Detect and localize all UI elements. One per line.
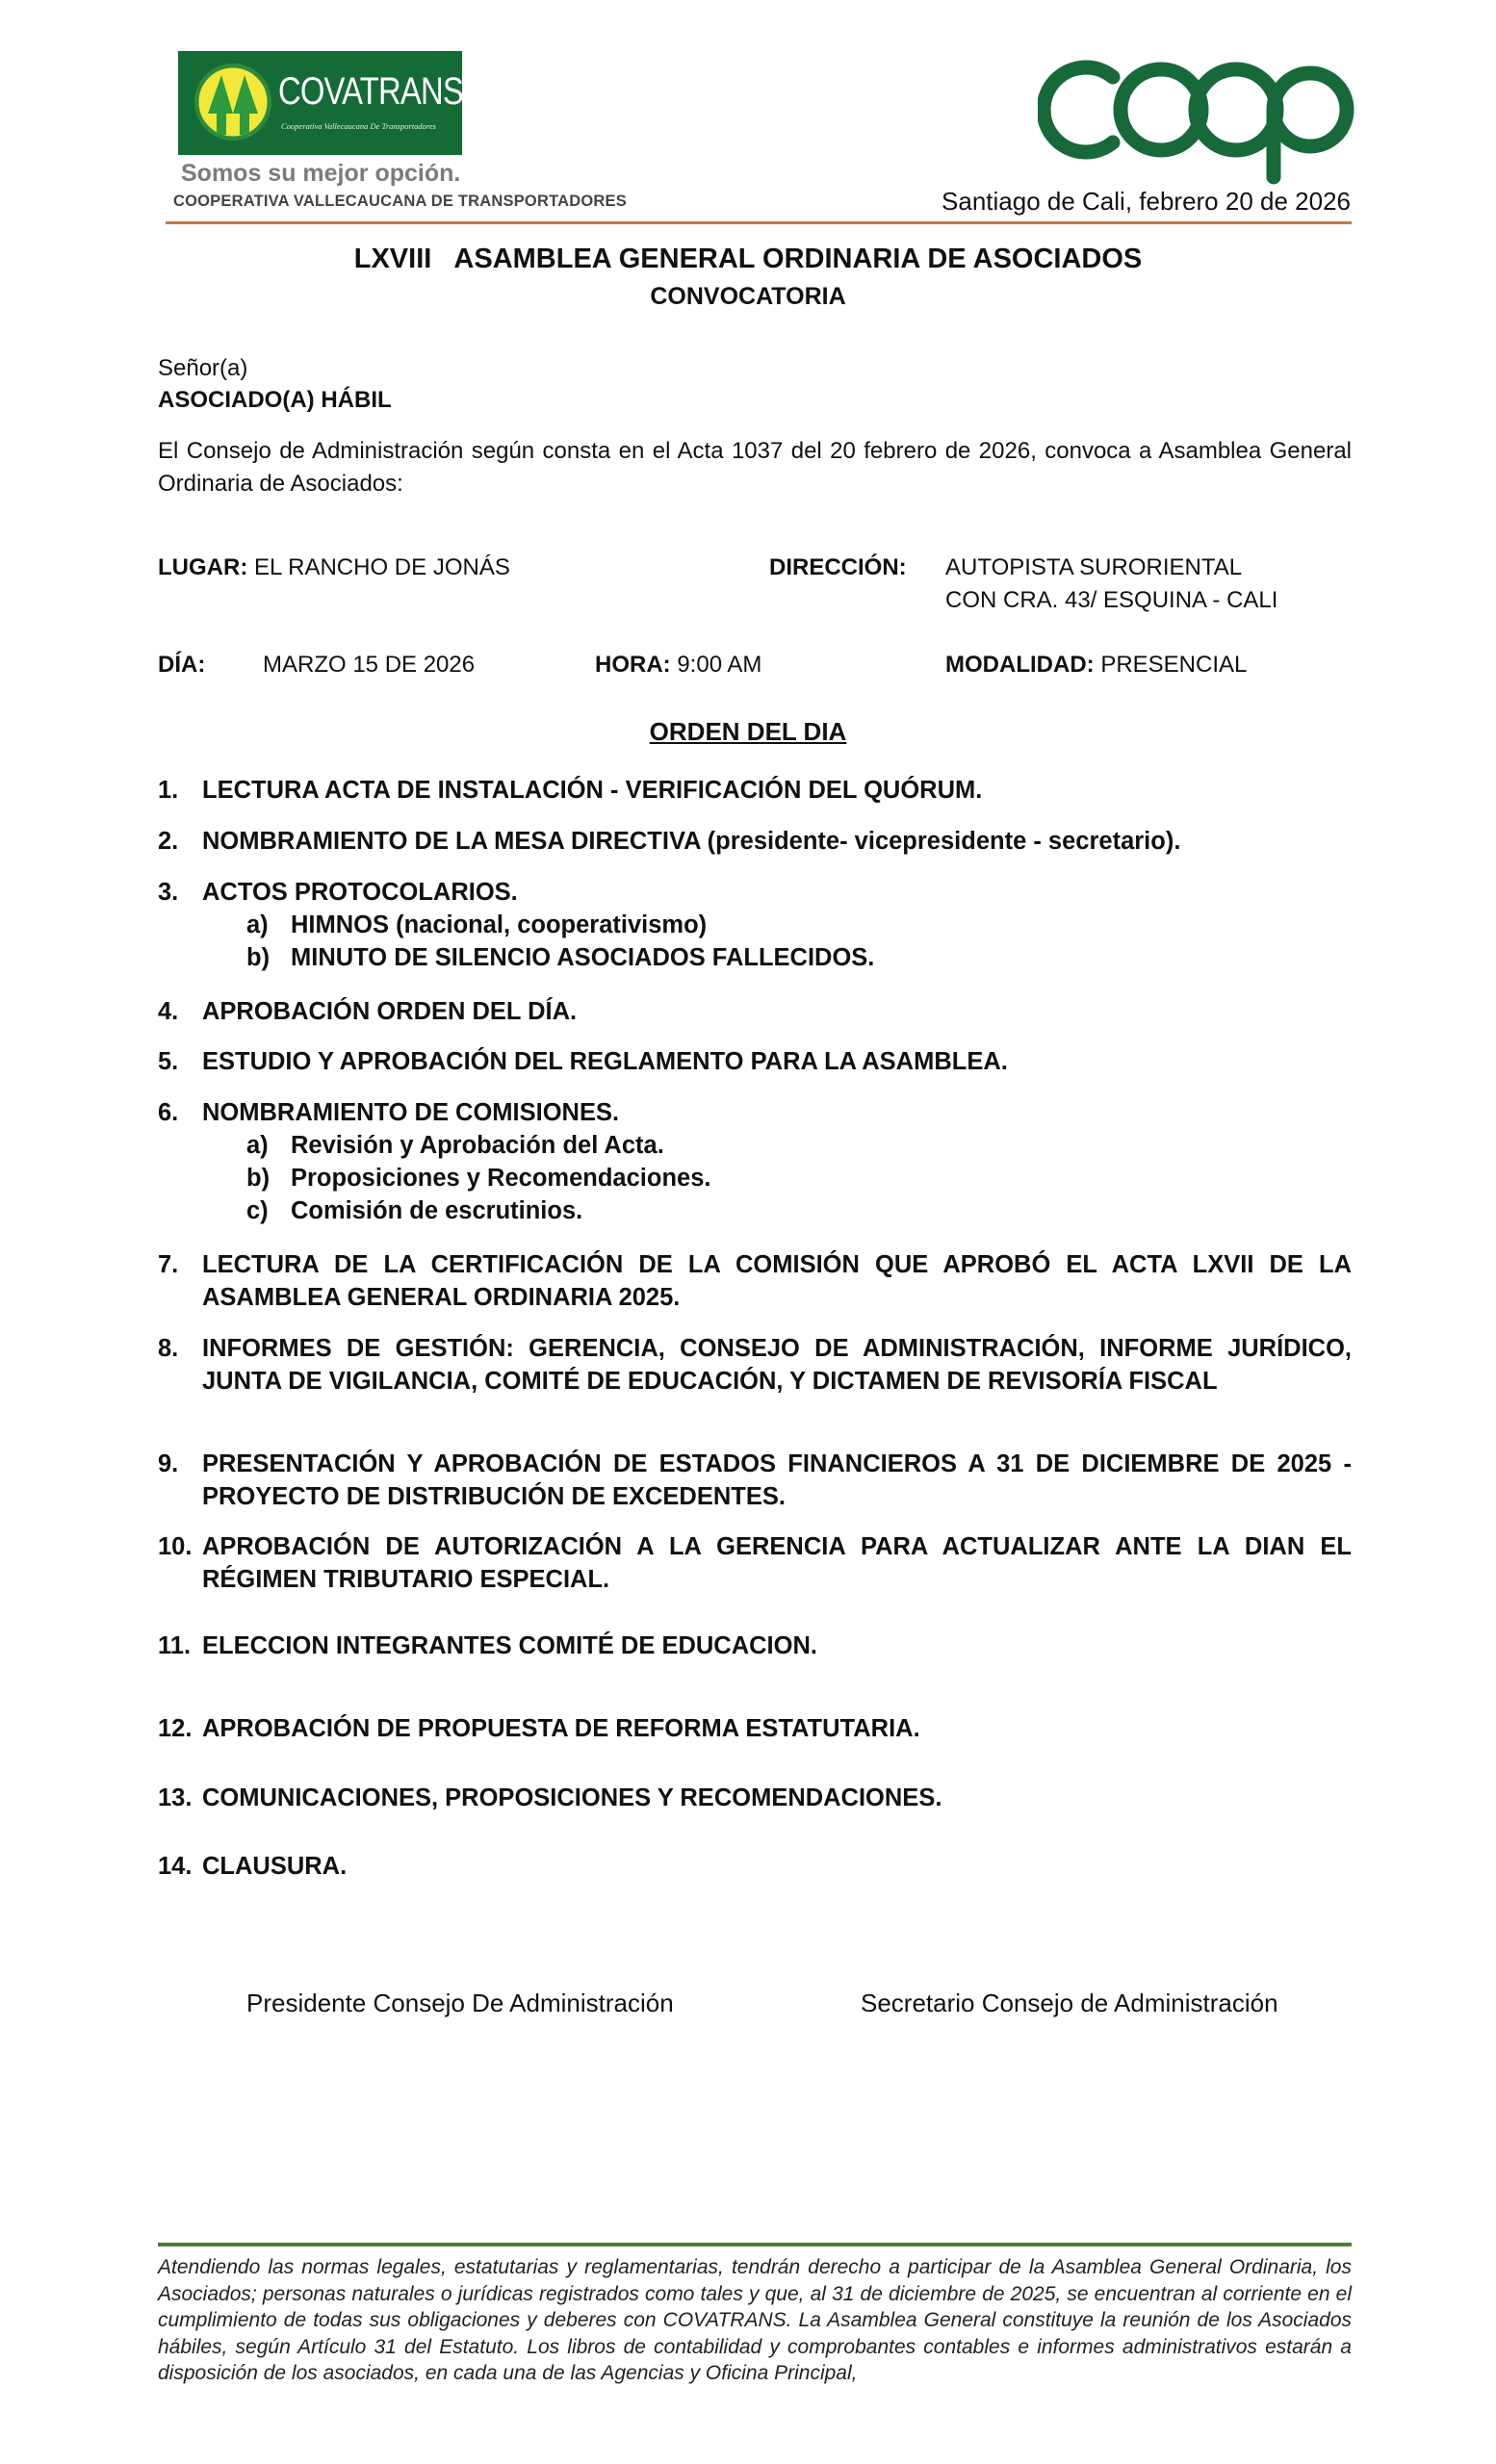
day-value: MARZO 15 DE 2026 xyxy=(263,649,475,681)
agenda-item: 9. PRESENTACIÓN Y APROBACIÓN DE ESTADOS … xyxy=(158,1448,1352,1513)
agenda-item: 5. ESTUDIO Y APROBACIÓN DEL REGLAMENTO P… xyxy=(158,1045,1352,1078)
day-label: DÍA: xyxy=(158,649,205,681)
document-subtitle: CONVOCATORIA xyxy=(0,283,1496,311)
agenda-item: 6. NOMBRAMIENTO DE COMISIONES. a)Revisió… xyxy=(158,1096,1352,1227)
place-label: LUGAR: xyxy=(158,554,247,580)
time-field: HORA: 9:00 AM xyxy=(595,649,761,681)
mode-label: MODALIDAD: xyxy=(945,652,1095,678)
salutation: Señor(a) xyxy=(158,352,247,385)
agenda-subitem: c)Comisión de escrutinios. xyxy=(246,1194,1352,1227)
place-date: Santiago de Cali, febrero 20 de 2026 xyxy=(941,187,1351,217)
agenda-subitem: b)Proposiciones y Recomendaciones. xyxy=(246,1162,1352,1194)
header-divider xyxy=(166,221,1352,224)
mode-field: MODALIDAD: PRESENCIAL xyxy=(945,649,1247,681)
agenda-item: 2. NOMBRAMIENTO DE LA MESA DIRECTIVA (pr… xyxy=(158,825,1352,858)
president-signature: Presidente Consejo De Administración xyxy=(246,1989,674,2018)
agenda-subitem: b)MINUTO DE SILENCIO ASOCIADOS FALLECIDO… xyxy=(246,941,1352,974)
brand-tagline: Cooperativa Vallecaucana De Transportado… xyxy=(281,121,436,131)
agenda-item: 13. COMUNICACIONES, PROPOSICIONES Y RECO… xyxy=(158,1782,1352,1814)
time-value: 9:00 AM xyxy=(677,652,761,678)
address-label: DIRECCIÓN: xyxy=(769,552,907,584)
covatrans-logo: COVATRANS Cooperativa Vallecaucana De Tr… xyxy=(178,51,462,155)
agenda-item: 14. CLAUSURA. xyxy=(158,1850,1352,1883)
intro-paragraph: El Consejo de Administración según const… xyxy=(158,435,1352,500)
agenda-item: 11. ELECCION INTEGRANTES COMITÉ DE EDUCA… xyxy=(158,1630,1352,1662)
address-line-2: CON CRA. 43/ ESQUINA - CALI xyxy=(945,584,1277,617)
recipient: ASOCIADO(A) HÁBIL xyxy=(158,384,392,417)
address-line-1: AUTOPISTA SURORIENTAL xyxy=(945,552,1242,584)
footer-note: Atendiendo las normas legales, estatutar… xyxy=(158,2254,1352,2387)
organization-name: COOPERATIVA VALLECAUCANA DE TRANSPORTADO… xyxy=(173,192,627,211)
brand-name: COVATRANS xyxy=(278,70,463,114)
agenda-subitem: a)HIMNOS (nacional, cooperativismo) xyxy=(246,909,1352,941)
agenda-title: ORDEN DEL DIA xyxy=(0,717,1496,747)
agenda-item: 12. APROBACIÓN DE PROPUESTA DE REFORMA E… xyxy=(158,1712,1352,1745)
agenda-item: 10. APROBACIÓN DE AUTORIZACIÓN A LA GERE… xyxy=(158,1530,1352,1596)
agenda-subitem: a)Revisión y Aprobación del Acta. xyxy=(246,1129,1352,1162)
agenda-item: 8. INFORMES DE GESTIÓN: GERENCIA, CONSEJ… xyxy=(158,1332,1352,1398)
mode-value: PRESENCIAL xyxy=(1100,652,1247,678)
agenda-item: 7. LECTURA DE LA CERTIFICACIÓN DE LA COM… xyxy=(158,1248,1352,1314)
secretary-signature: Secretario Consejo de Administración xyxy=(861,1989,1278,2018)
time-label: HORA: xyxy=(595,652,671,678)
coop-logo-icon xyxy=(1038,50,1355,190)
agenda-item: 4. APROBACIÓN ORDEN DEL DÍA. xyxy=(158,995,1352,1028)
agenda-item: 1. LECTURA ACTA DE INSTALACIÓN - VERIFIC… xyxy=(158,774,1352,807)
slogan: Somos su mejor opción. xyxy=(181,160,460,188)
document-title: LXVIII ASAMBLEA GENERAL ORDINARIA DE ASO… xyxy=(0,244,1496,275)
trees-emblem-icon xyxy=(194,64,271,141)
place-value: EL RANCHO DE JONÁS xyxy=(254,554,510,580)
footer-divider xyxy=(158,2243,1352,2246)
place-field: LUGAR: EL RANCHO DE JONÁS xyxy=(158,552,510,584)
agenda-item: 3. ACTOS PROTOCOLARIOS. a)HIMNOS (nacion… xyxy=(158,876,1352,974)
